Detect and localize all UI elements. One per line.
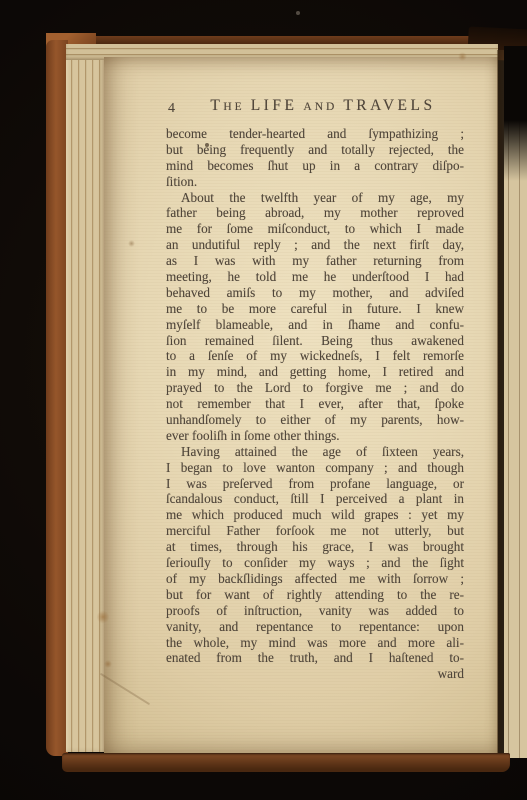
- title-word: AND: [303, 101, 337, 113]
- text-line: ſion remained ſilent. Being thus awakene…: [166, 333, 464, 349]
- book-cover-bottom-edge: [62, 753, 510, 772]
- text-line: merciful Father forſook me not utterly, …: [166, 523, 464, 539]
- text-line: ſeriouſly to conſider my ways ; and the …: [166, 555, 464, 571]
- text-line: I was preſerved from profane language, o…: [166, 476, 464, 492]
- text-line: father being abroad, my mother reproved: [166, 205, 464, 221]
- text-line: ſcandalous conduct, ſtill I perceived a …: [166, 491, 464, 507]
- title-word: LIFE: [251, 97, 298, 114]
- title-word: T: [210, 97, 223, 114]
- text-line: the whole, my mind was more and more ali…: [166, 635, 464, 651]
- text-line: but for want of rightly attending to the…: [166, 587, 464, 603]
- text-line: behaved amiſs to my mother, and adviſed: [166, 285, 464, 301]
- text-line: become tender-hearted and ſympathizing ;: [166, 126, 464, 142]
- text-line: me which produced much wild grapes : yet…: [166, 507, 464, 523]
- title-word: HE: [223, 101, 244, 113]
- text-line: ever fooliſh in ſome other things.: [166, 428, 464, 444]
- page-number: 4: [168, 101, 175, 117]
- text-line: prayed to the Lord to forgive me ; and d…: [166, 380, 464, 396]
- text-line: ſition.: [166, 174, 464, 190]
- text-line: enated from the truth, and I haſtened to…: [166, 650, 464, 666]
- facing-page-edge: [504, 46, 527, 758]
- text-line: Having attained the age of ſixteen years…: [166, 444, 464, 460]
- text-column: 4 THELIFEANDTRAVELS become tender-hearte…: [166, 97, 464, 682]
- page-edge-stack-left: [66, 48, 106, 752]
- text-line: to a ſenſe of my wickedneſs, I felt remo…: [166, 348, 464, 364]
- text-line: as I was with my father returning from: [166, 253, 464, 269]
- title-word: TRAVELS: [343, 97, 435, 114]
- text-line: not remember that I ever, after that, ſp…: [166, 396, 464, 412]
- text-line: vanity, and repentance to repentance: up…: [166, 619, 464, 635]
- text-line: an undutiful reply ; and the next firſt …: [166, 237, 464, 253]
- text-line: unhandſomely to either of my parents, ho…: [166, 412, 464, 428]
- catchword: ward: [166, 666, 464, 682]
- text-line: me to be more careful in future. I knew: [166, 301, 464, 317]
- text-line: at times, through his grace, I was broug…: [166, 539, 464, 555]
- dust-speck: [296, 11, 300, 15]
- running-header: 4 THELIFEANDTRAVELS: [166, 97, 464, 126]
- text-line: proofs of inſtruction, vanity was added …: [166, 603, 464, 619]
- running-title: THELIFEANDTRAVELS: [182, 97, 464, 115]
- text-line: of my backſlidings affected me with ſorr…: [166, 571, 464, 587]
- text-line: About the twelfth year of my age, my: [166, 190, 464, 206]
- text-line: me for ſome miſconduct, to which I made: [166, 221, 464, 237]
- book-cover-left-edge: [46, 40, 68, 756]
- text-line: mind becomes ſhut up in a contrary diſpo…: [166, 158, 464, 174]
- text-line: myſelf blameable, and in ſhame and confu…: [166, 317, 464, 333]
- page-gutter-shadow: [497, 50, 504, 756]
- text-line: but being frequently and totally rejecte…: [166, 142, 464, 158]
- text-line: meeting, he told me he underſtood I had: [166, 269, 464, 285]
- text-line: in my mind, and getting home, I retired …: [166, 364, 464, 380]
- text-line: I began to love wanton company ; and tho…: [166, 460, 464, 476]
- book-scan-photo: 4 THELIFEANDTRAVELS become tender-hearte…: [0, 0, 527, 800]
